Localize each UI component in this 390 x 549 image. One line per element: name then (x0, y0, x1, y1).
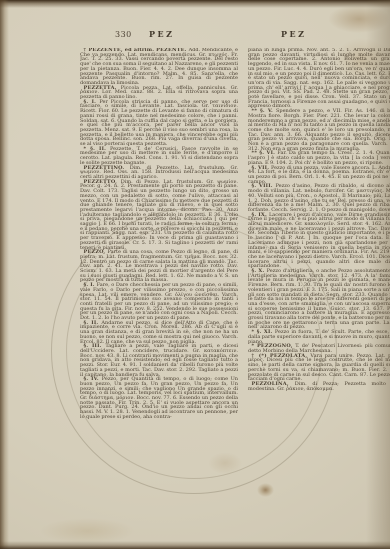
dictionary-paragraph: §. II. Andarne sul pezzo, si dice dell'A… (80, 321, 238, 345)
entry-text: Fare, o Dare checchessia per un pezzo di… (80, 282, 238, 321)
dictionary-paragraph: PEZZETTO, Dim. di Pezzo. Lat. frustulum.… (80, 180, 238, 251)
dictionary-paragraph: PEZZETTINO. Dim. di Pezzetto. Lat. frust… (80, 166, 238, 180)
entry-text: Pezzo, per Quantità di tempo, o di luogo… (80, 376, 238, 420)
page-shadow-right (366, 0, 390, 549)
entry-text: Tagliare a pezzi, vale Tagliare in parti… (80, 343, 238, 377)
entry-text: Andarne sul pezzo, si dice dell'Atto di … (80, 320, 238, 345)
running-head-right: PEZ (281, 29, 306, 39)
dictionary-paragraph: §. IV. Pezzo, per Quantità di tempo, o d… (80, 377, 238, 419)
dictionary-paragraph: PEZZETTA. Piccola pezza. Lat. offella, p… (80, 86, 238, 100)
book-gutter-left (0, 0, 9, 549)
running-head-left: PEZ (149, 29, 174, 39)
entry-text: Parte di una cosa, come Pezzo di legno, … (80, 249, 238, 283)
entry-text: Dim. di Pezzo. Lat. frustulum. Gr. ψωμίο… (80, 179, 238, 251)
foxing-stain (208, 452, 242, 474)
scanned-book-page: 330 PEZ PEZ † PEZZENTE, ed altrim. PEZEN… (0, 0, 390, 549)
entry-text: Per Piccola striscia di panno, che serve… (80, 99, 238, 147)
dictionary-paragraph: §. III. Tagliare a pezzi, vale Tagliare … (80, 344, 238, 377)
dictionary-paragraph: PEZZO, Parte di una cosa, come Pezzo di … (80, 250, 238, 283)
page-edge-bottom (0, 541, 390, 549)
dictionary-paragraph: * §. II. Pezzette, T. de' Cerusici. Fasc… (80, 147, 238, 166)
page-edge-top (0, 0, 390, 8)
dictionary-paragraph: † PEZZENTE, ed altrim. PEZENTE. Add. Men… (80, 48, 238, 86)
dictionary-paragraph: §. I. Per Piccola striscia di panno, che… (80, 100, 238, 147)
foxing-stain (257, 483, 274, 497)
dictionary-paragraph: §. I. Fare, o Dare checchessia per un pe… (80, 283, 238, 321)
dictionary-column-left: † PEZZENTE, ed altrim. PEZENTE. Add. Men… (80, 48, 238, 440)
entry-text: Add. Mendicante, e Che va pezzendo. Lat.… (80, 48, 238, 86)
page-number: 330 (115, 30, 132, 39)
